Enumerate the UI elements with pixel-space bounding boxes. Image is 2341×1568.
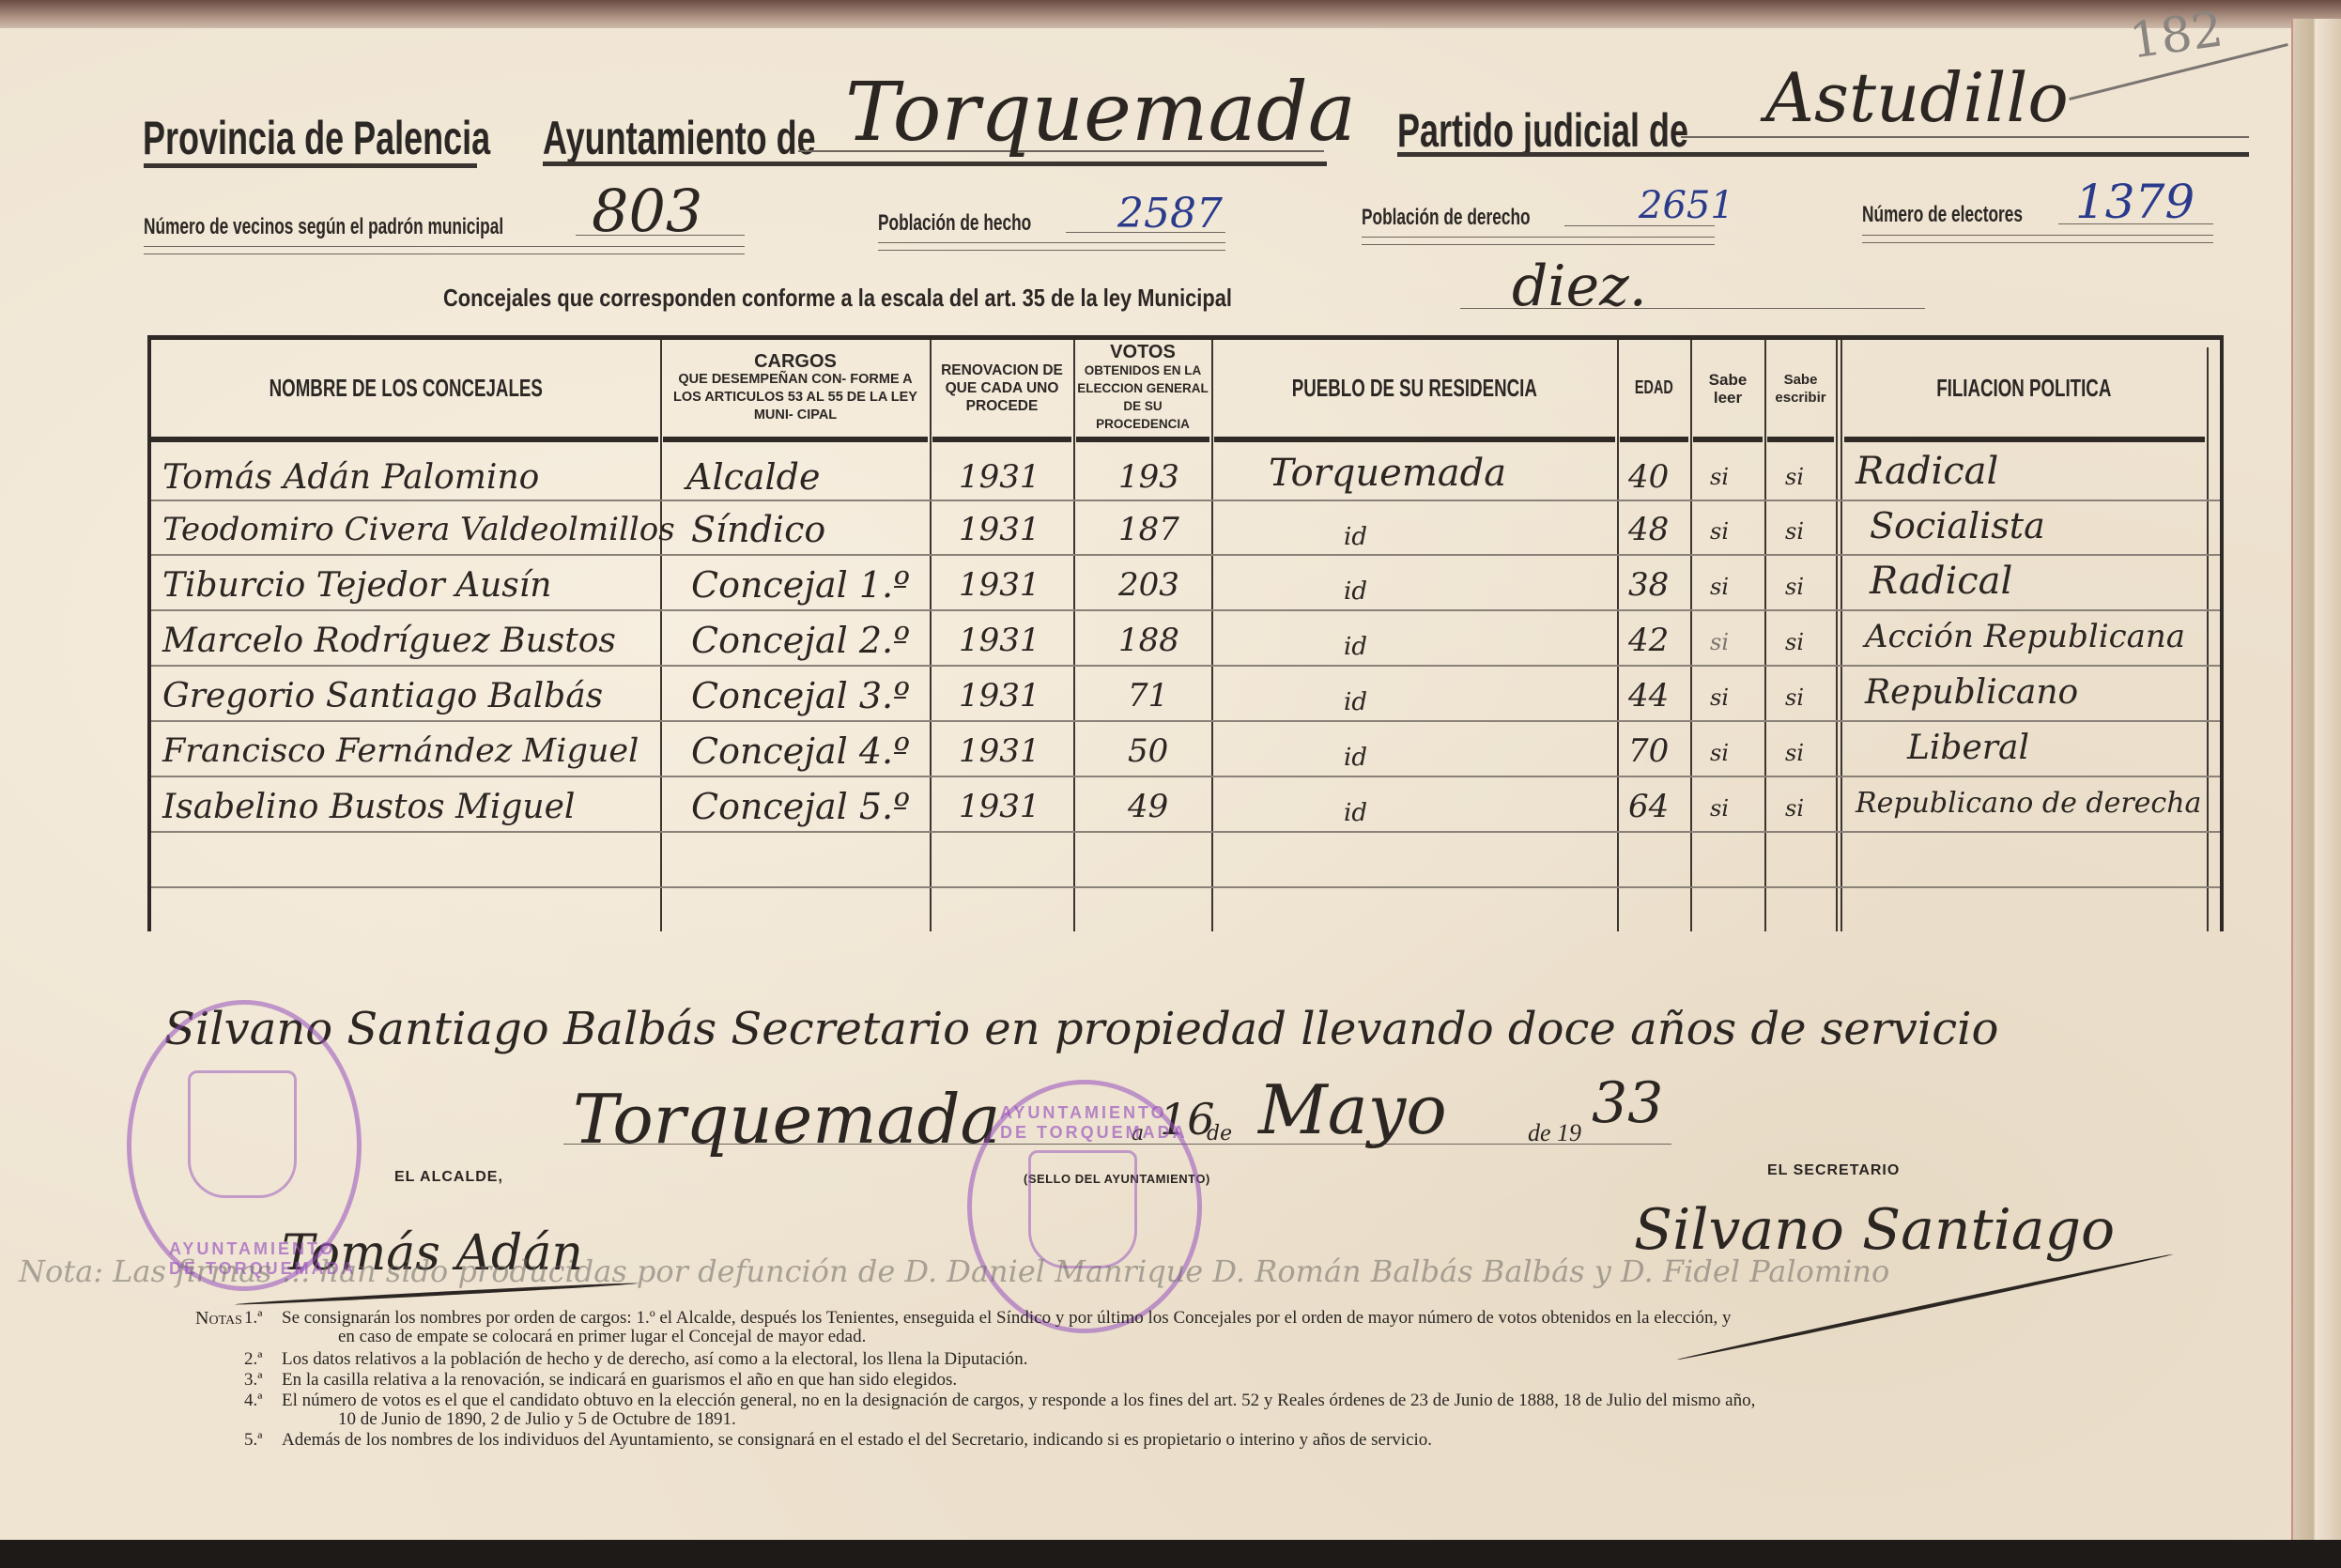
- hecho-label: Población de hecho: [878, 210, 1031, 237]
- header-separator: [1620, 437, 1688, 442]
- cell-escribir: si: [1785, 561, 1804, 613]
- cell-pueblo: Torquemada: [1269, 447, 1506, 500]
- cell-leer: si: [1710, 561, 1729, 613]
- left-seal-stamp: AYUNTAMIENTO DE TORQUEMADA: [127, 1000, 362, 1291]
- cell-cargo: Alcalde: [686, 451, 821, 503]
- center-seal-text: AYUNTAMIENTO DE TORQUEMADA: [1000, 1103, 1197, 1143]
- cell-leer: si: [1710, 727, 1729, 779]
- cell-nombre: Tiburcio Tejedor Ausín: [162, 559, 551, 611]
- cell-edad: 70: [1628, 725, 1669, 777]
- cell-votos: 49: [1128, 780, 1168, 833]
- electores-rule-1: [1862, 235, 2213, 236]
- seal-coat-of-arms-icon: [1028, 1150, 1137, 1268]
- header-separator: [1076, 437, 1209, 442]
- header-nombre: NOMBRE DE LOS CONCEJALES: [151, 340, 660, 437]
- cell-renovacion: 1931: [959, 780, 1040, 833]
- header-leer-text: Sabe leer: [1704, 371, 1751, 407]
- date-de: de: [1207, 1122, 1232, 1145]
- cell-renovacion: 1931: [959, 503, 1040, 556]
- cell-pueblo: id: [1344, 621, 1367, 673]
- note-3-num: 3.ª: [244, 1369, 263, 1391]
- note-2-text: Los datos relativos a la población de he…: [282, 1348, 1028, 1371]
- ayuntamiento-label: Ayuntamiento de: [543, 111, 816, 165]
- pencil-note: Nota: Las firmas ... han sido producidas…: [19, 1253, 1889, 1289]
- cell-votos: 71: [1128, 669, 1168, 722]
- header-separator: [663, 437, 928, 442]
- date-month: Mayo: [1258, 1070, 1447, 1149]
- cell-pueblo: id: [1344, 731, 1367, 784]
- cell-escribir: si: [1785, 727, 1804, 779]
- header-pueblo: PUEBLO DE SU RESIDENCIA: [1212, 340, 1617, 437]
- cell-edad: 48: [1628, 503, 1669, 556]
- notes-label: Notas: [195, 1307, 242, 1330]
- cell-renovacion: 1931: [959, 725, 1040, 777]
- cell-filiacion: Republicano: [1865, 666, 2078, 718]
- date-year-suffix: 33: [1592, 1070, 1663, 1136]
- cell-leer: si: [1710, 782, 1729, 835]
- cell-escribir: si: [1785, 671, 1804, 724]
- cell-cargo: Concejal 4.º: [691, 725, 910, 777]
- cell-pueblo: id: [1344, 787, 1367, 839]
- note-5-text: Además de los nombres de los individuos …: [282, 1429, 1432, 1452]
- header-leer: Sabe leer: [1691, 340, 1764, 437]
- electores-value: 1379: [2075, 175, 2195, 229]
- cell-nombre: Isabelino Bustos Miguel: [162, 780, 575, 833]
- alcalde-label: EL ALCALDE,: [394, 1169, 503, 1186]
- header-separator: [1844, 437, 2205, 442]
- note-5-num: 5.ª: [244, 1429, 263, 1452]
- secretario-statement: Silvano Santiago Balbás Secretario en pr…: [164, 1003, 1998, 1055]
- vecinos-rule-1: [144, 246, 745, 247]
- cell-escribir: si: [1785, 782, 1804, 835]
- cell-leer: si: [1710, 505, 1729, 558]
- cell-nombre: Teodomiro Civera Valdeolmillos: [162, 503, 675, 556]
- cell-nombre: Francisco Fernández Miguel: [162, 725, 639, 777]
- cell-escribir: si: [1785, 505, 1804, 558]
- note-4-cont: 10 de Junio de 1890, 2 de Julio y 5 de O…: [338, 1408, 736, 1431]
- derecho-rule-2: [1362, 244, 1715, 245]
- cell-cargo: Síndico: [691, 503, 825, 556]
- book-bottom-edge: [0, 1540, 2341, 1568]
- cell-renovacion: 1931: [959, 559, 1040, 611]
- row-rule: [151, 886, 2220, 888]
- header-cargos-title: CARGOS: [754, 353, 837, 371]
- ayuntamiento-value: Torquemada: [845, 66, 1356, 160]
- cell-nombre: Tomás Adán Palomino: [162, 451, 539, 503]
- header-votos: VOTOS OBTENIDOS EN LA ELECCION GENERAL D…: [1074, 340, 1211, 437]
- cell-filiacion: Radical: [1870, 555, 2012, 607]
- partido-value: Astudillo: [1765, 58, 2069, 137]
- partido-label: Partido judicial de: [1397, 103, 1688, 158]
- derecho-label: Población de derecho: [1362, 205, 1531, 231]
- header-filiacion-text: FILIACION POLITICA: [1936, 379, 2111, 397]
- secretario-label: EL SECRETARIO: [1767, 1162, 1900, 1179]
- book-top-edge: [0, 0, 2341, 32]
- cell-cargo: Concejal 1.º: [691, 559, 910, 611]
- cell-pueblo: id: [1344, 676, 1367, 729]
- header-separator: [1214, 437, 1615, 442]
- book-right-edge: [2291, 19, 2341, 1549]
- header-cargos: CARGOS QUE DESEMPEÑAN CON- FORME A LOS A…: [661, 340, 930, 437]
- header-escribir-text: Sabe escribir: [1768, 371, 1834, 407]
- cell-pueblo: id: [1344, 565, 1367, 618]
- electores-label: Número de electores: [1862, 202, 2023, 228]
- cell-filiacion: Liberal: [1907, 721, 2029, 774]
- cell-renovacion: 1931: [959, 451, 1040, 503]
- cell-edad: 64: [1628, 780, 1669, 833]
- partido-underline: [1397, 152, 2249, 157]
- derecho-rule-1: [1362, 237, 1715, 238]
- cell-filiacion: Radical: [1856, 445, 1998, 498]
- date-place: Torquemada: [573, 1080, 1000, 1159]
- header-pueblo-text: PUEBLO DE SU RESIDENCIA: [1292, 379, 1537, 397]
- note-1-num: 1.ª: [244, 1307, 263, 1330]
- cell-edad: 38: [1628, 559, 1669, 611]
- header-separator: [1693, 437, 1763, 442]
- provincia-underline: [144, 163, 477, 168]
- cell-filiacion: Acción Republicana: [1865, 610, 2185, 663]
- cell-nombre: Marcelo Rodríguez Bustos: [162, 614, 616, 667]
- header-filiacion: FILIACION POLITICA: [1841, 340, 2207, 437]
- cell-renovacion: 1931: [959, 669, 1040, 722]
- seal-coat-of-arms-icon: [188, 1070, 297, 1198]
- vecinos-value: 803: [592, 177, 702, 245]
- electores-rule-2: [1862, 242, 2213, 243]
- cell-votos: 50: [1128, 725, 1168, 777]
- cell-cargo: Concejal 5.º: [691, 780, 910, 833]
- hecho-rule-1: [878, 242, 1225, 243]
- note-3-text: En la casilla relativa a la renovación, …: [282, 1369, 957, 1391]
- cell-renovacion: 1931: [959, 614, 1040, 667]
- cell-edad: 44: [1628, 669, 1669, 722]
- cell-cargo: Concejal 2.º: [691, 614, 910, 667]
- note-1-cont: en caso de empate se colocará en primer …: [338, 1326, 866, 1348]
- note-4-num: 4.ª: [244, 1390, 263, 1412]
- vecinos-rule-2: [144, 254, 745, 254]
- center-seal-stamp: AYUNTAMIENTO DE TORQUEMADA: [967, 1080, 1202, 1333]
- hecho-rule-2: [878, 250, 1225, 251]
- header-separator: [932, 437, 1071, 442]
- cell-leer: si: [1710, 616, 1729, 669]
- col-divider: [2207, 347, 2209, 931]
- derecho-value: 2651: [1639, 184, 1734, 227]
- header-renovacion-text: RENOVACION DE QUE CADA UNO PROCEDE: [936, 361, 1068, 415]
- header-nombre-text: NOMBRE DE LOS CONCEJALES: [269, 379, 542, 397]
- concejales-label: Concejales que corresponden conforme a l…: [443, 284, 1232, 313]
- vecinos-label: Número de vecinos según el padrón munici…: [144, 214, 503, 240]
- notes-label-text: Notas: [195, 1308, 242, 1329]
- col-divider: [1836, 340, 1838, 931]
- cell-edad: 40: [1628, 451, 1669, 503]
- date-year-prefix: de 19: [1528, 1119, 1581, 1147]
- cell-pueblo: id: [1344, 511, 1367, 563]
- concejales-value: diez.: [1512, 254, 1647, 319]
- cell-cargo: Concejal 3.º: [691, 669, 910, 722]
- header-cargos-sub: QUE DESEMPEÑAN CON- FORME A LOS ARTICULO…: [669, 371, 922, 424]
- ayuntamiento-underline: [543, 161, 1327, 166]
- cell-escribir: si: [1785, 451, 1804, 503]
- cell-filiacion: Republicano de derecha: [1856, 776, 2201, 829]
- provincia-label: Provincia de Palencia: [143, 111, 490, 165]
- header-edad: EDAD: [1618, 340, 1690, 437]
- header-edad-text: EDAD: [1635, 379, 1673, 397]
- cell-filiacion: Socialista: [1870, 500, 2045, 552]
- cell-votos: 203: [1118, 559, 1179, 611]
- cell-votos: 188: [1118, 614, 1179, 667]
- header-escribir: Sabe escribir: [1765, 340, 1836, 437]
- cell-votos: 187: [1118, 503, 1179, 556]
- cell-escribir: si: [1785, 616, 1804, 669]
- cell-votos: 193: [1118, 451, 1179, 503]
- header-separator: [151, 437, 658, 442]
- cell-leer: si: [1710, 451, 1729, 503]
- cell-leer: si: [1710, 671, 1729, 724]
- hecho-value: 2587: [1117, 190, 1223, 238]
- note-2-num: 2.ª: [244, 1348, 263, 1371]
- header-votos-sub: OBTENIDOS EN LA ELECCION GENERAL DE SU P…: [1077, 361, 1209, 433]
- cell-edad: 42: [1628, 614, 1669, 667]
- concejales-table: NOMBRE DE LOS CONCEJALES CARGOS QUE DESE…: [147, 335, 2224, 931]
- header-renovacion: RENOVACION DE QUE CADA UNO PROCEDE: [931, 340, 1073, 437]
- header-separator: [1767, 437, 1834, 442]
- cell-nombre: Gregorio Santiago Balbás: [162, 669, 603, 722]
- header-votos-title: VOTOS: [1110, 344, 1176, 361]
